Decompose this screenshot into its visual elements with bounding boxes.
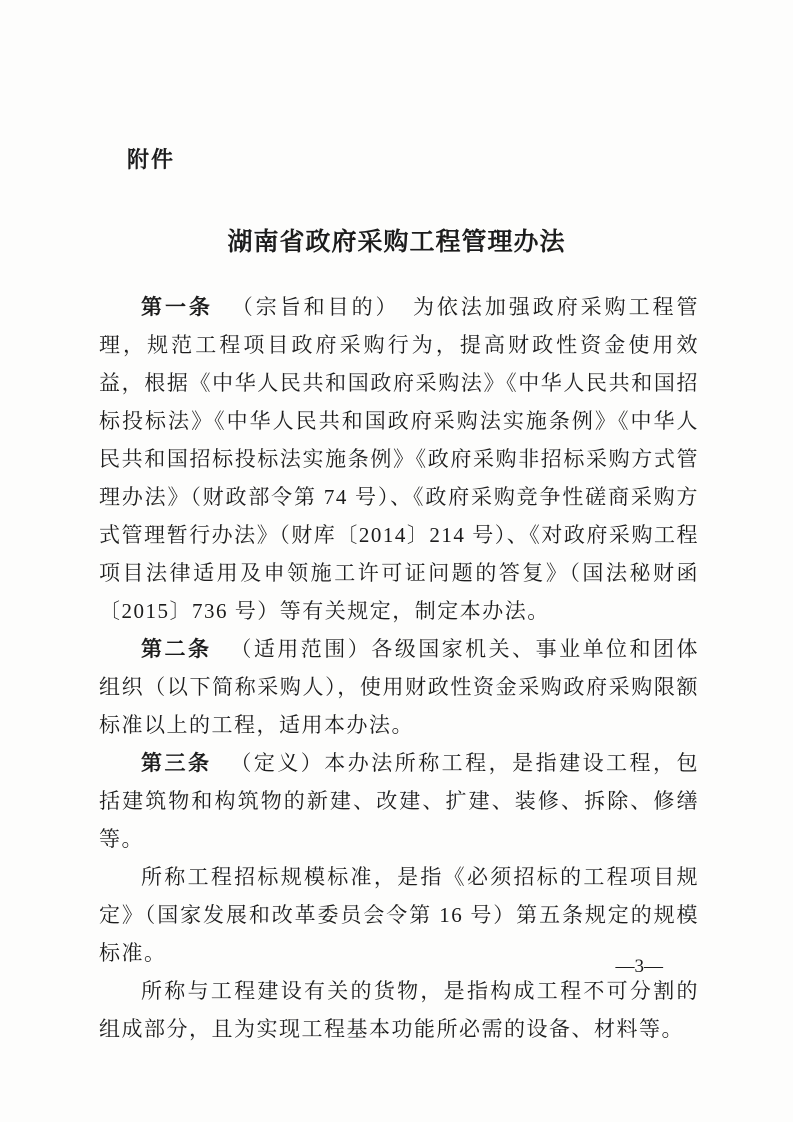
paragraph-article-3: 第三条（定义）本办法所称工程，是指建设工程，包括建筑物和构筑物的新建、改建、扩建… (99, 744, 699, 858)
article-2-number: 第二条 (141, 637, 211, 661)
article-1-text: （宗旨和目的） 为依法加强政府采购工程管理，规范工程项目政府采购行为，提高财政性… (99, 295, 699, 623)
paragraph-article-1: 第一条（宗旨和目的） 为依法加强政府采购工程管理，规范工程项目政府采购行为，提高… (99, 288, 699, 630)
article-3-sub-2-text: 所称与工程建设有关的货物，是指构成工程不可分割的组成部分，且为实现工程基本功能所… (99, 979, 699, 1041)
document-page: 附件 湖南省政府采购工程管理办法 第一条（宗旨和目的） 为依法加强政府采购工程管… (0, 0, 793, 1122)
article-3-number: 第三条 (141, 751, 211, 775)
attachment-label: 附件 (127, 143, 175, 174)
paragraph-article-2: 第二条（适用范围）各级国家机关、事业单位和团体组织（以下简称采购人），使用财政性… (99, 630, 699, 744)
paragraph-article-3-sub-1: 所称工程招标规模标准，是指《必须招标的工程项目规定》（国家发展和改革委员会令第 … (99, 858, 699, 972)
paragraph-article-3-sub-2: 所称与工程建设有关的货物，是指构成工程不可分割的组成部分，且为实现工程基本功能所… (99, 972, 699, 1048)
page-number: —3— (616, 956, 664, 978)
document-body: 第一条（宗旨和目的） 为依法加强政府采购工程管理，规范工程项目政府采购行为，提高… (99, 288, 699, 1048)
article-3-sub-1-text: 所称工程招标规模标准，是指《必须招标的工程项目规定》（国家发展和改革委员会令第 … (99, 865, 699, 965)
article-1-number: 第一条 (141, 295, 213, 319)
document-title: 湖南省政府采购工程管理办法 (0, 222, 793, 258)
